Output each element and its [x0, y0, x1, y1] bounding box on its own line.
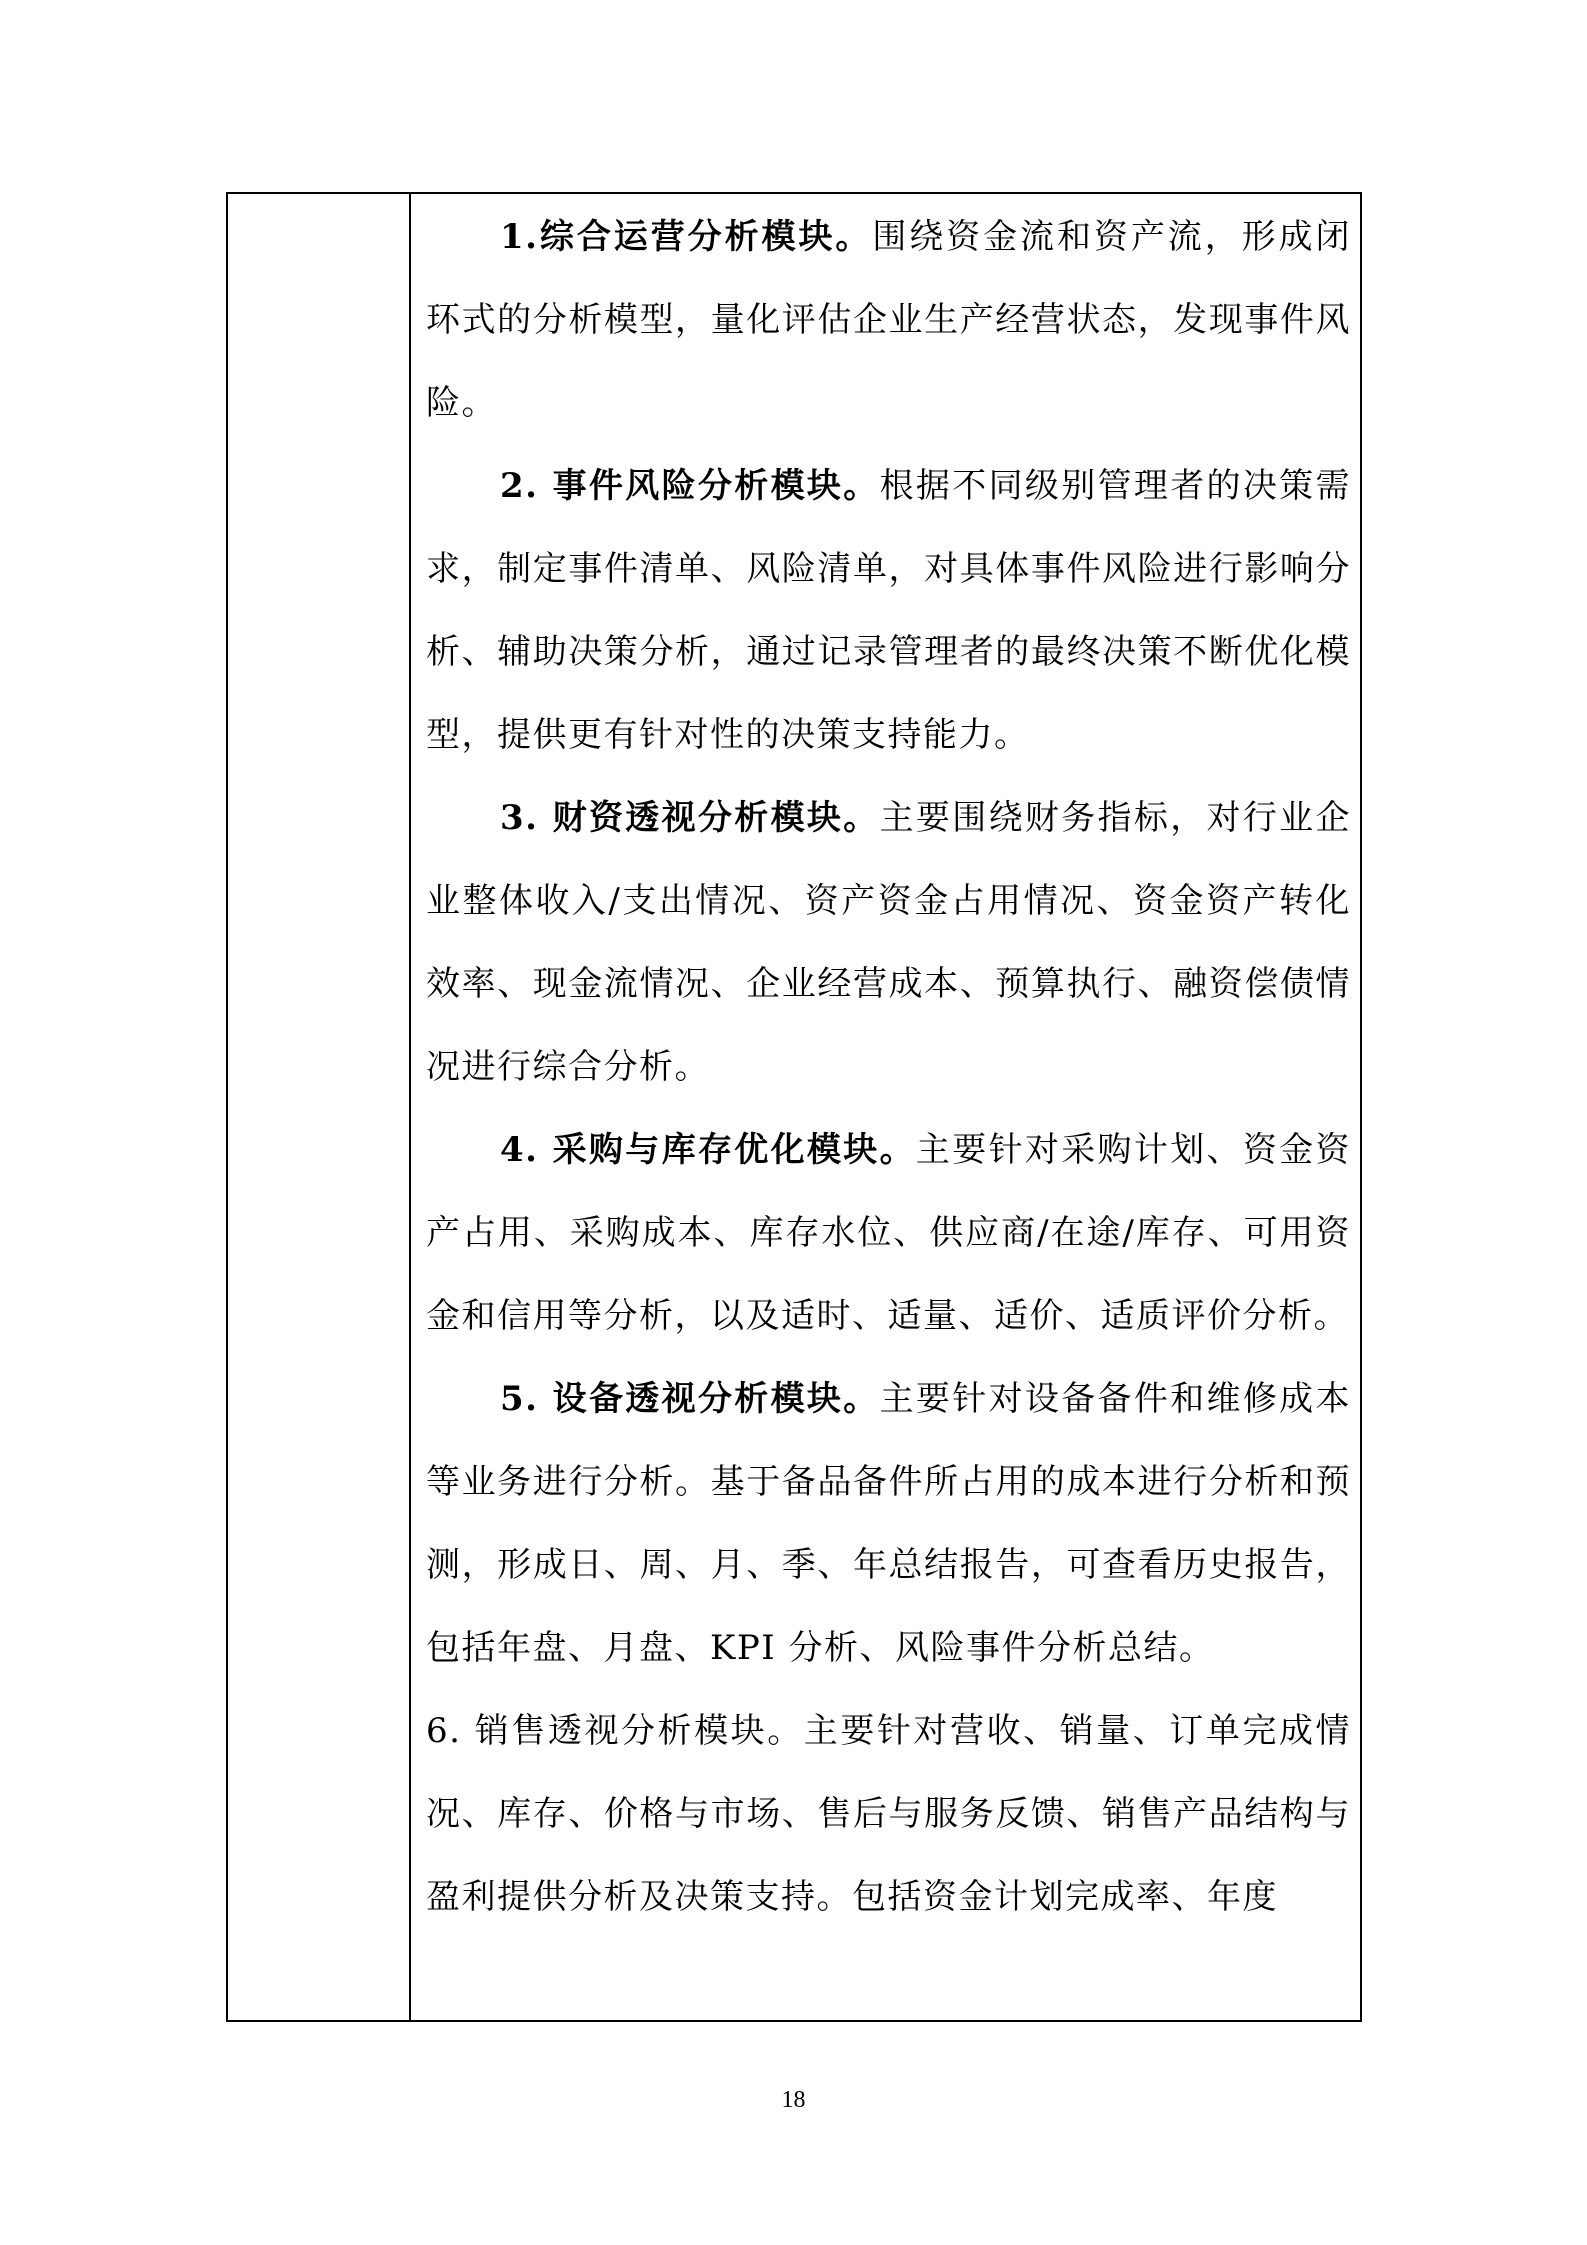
page-number: 18: [0, 2086, 1587, 2114]
module-heading-6: 6. 销售透视分析模块。: [426, 1711, 804, 1751]
module-list: 1.综合运营分析模块。围绕资金流和资产流，形成闭环式的分析模型，量化评估企业生产…: [426, 196, 1351, 1939]
module-heading-4: 4. 采购与库存优化模块。: [500, 1130, 916, 1170]
table-right-cell: 1.综合运营分析模块。围绕资金流和资产流，形成闭环式的分析模型，量化评估企业生产…: [411, 194, 1360, 2020]
module-body-2: 根据不同级别管理者的决策需求，制定事件清单、风险清单，对具体事件风险进行影响分析…: [426, 466, 1351, 755]
content-table: 1.综合运营分析模块。围绕资金流和资产流，形成闭环式的分析模型，量化评估企业生产…: [226, 192, 1362, 2022]
module-heading-3: 3. 财资透视分析模块。: [500, 798, 880, 838]
module-body-5: 主要针对设备备件和维修成本等业务进行分析。基于备品备件所占用的成本进行分析和预测…: [426, 1379, 1351, 1668]
module-paragraph-1: 1.综合运营分析模块。围绕资金流和资产流，形成闭环式的分析模型，量化评估企业生产…: [426, 196, 1351, 445]
document-page: 1.综合运营分析模块。围绕资金流和资产流，形成闭环式的分析模型，量化评估企业生产…: [0, 0, 1587, 2245]
module-heading-5: 5. 设备透视分析模块。: [500, 1379, 880, 1419]
module-body-3: 主要围绕财务指标，对行业企业整体收入/支出情况、资产资金占用情况、资金资产转化效…: [426, 798, 1351, 1087]
table-left-cell: [228, 194, 411, 2020]
module-paragraph-3: 3. 财资透视分析模块。主要围绕财务指标，对行业企业整体收入/支出情况、资产资金…: [426, 777, 1351, 1109]
module-paragraph-5: 5. 设备透视分析模块。主要针对设备备件和维修成本等业务进行分析。基于备品备件所…: [426, 1358, 1351, 1690]
module-paragraph-6: 6. 销售透视分析模块。主要针对营收、销量、订单完成情况、库存、价格与市场、售后…: [426, 1690, 1351, 1939]
module-paragraph-4: 4. 采购与库存优化模块。主要针对采购计划、资金资产占用、采购成本、库存水位、供…: [426, 1109, 1351, 1358]
module-paragraph-2: 2. 事件风险分析模块。根据不同级别管理者的决策需求，制定事件清单、风险清单，对…: [426, 445, 1351, 777]
module-heading-1: 1.综合运营分析模块。: [500, 217, 872, 257]
module-heading-2: 2. 事件风险分析模块。: [500, 466, 880, 506]
